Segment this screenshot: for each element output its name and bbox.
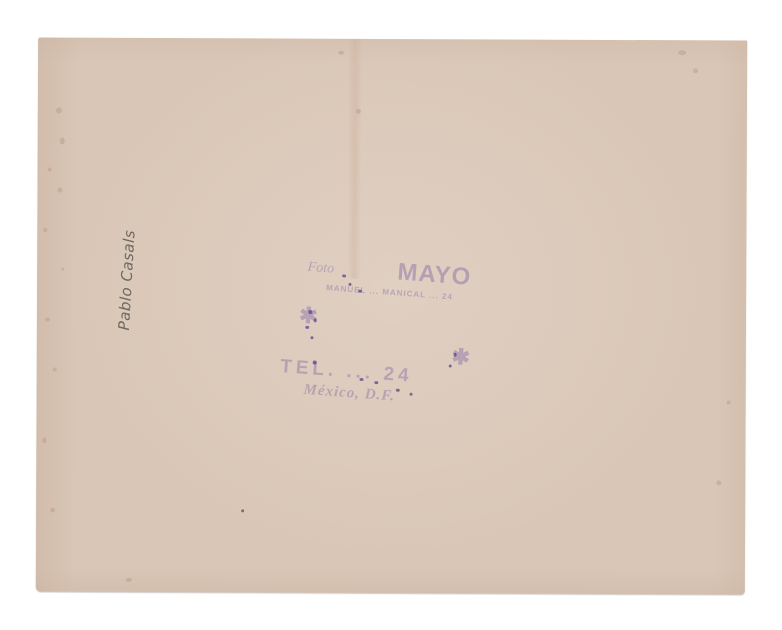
ink-blot — [342, 274, 346, 277]
foxing-spot — [42, 437, 46, 443]
foxing-spot — [60, 138, 65, 145]
foxing-spot — [338, 51, 344, 55]
foxing-spot — [241, 509, 244, 512]
ink-blot — [305, 326, 309, 329]
foxing-spot — [61, 268, 64, 271]
stamp-corner-ornament: ✱ — [450, 344, 470, 371]
ink-blot — [358, 290, 362, 293]
foxing-spot — [693, 68, 698, 73]
foxing-spot — [356, 109, 361, 114]
foxing-spot — [53, 368, 57, 372]
foxing-spot — [678, 50, 686, 55]
foxing-spot — [58, 188, 63, 193]
photo-card-back: Pablo Casals Foto MAYO MANUEL ... MANICA… — [36, 37, 747, 594]
foxing-spot — [45, 317, 50, 321]
foxing-spot — [50, 508, 55, 513]
foxing-spot — [56, 108, 62, 114]
photographer-stamp: Foto MAYO MANUEL ... MANICAL ... 24 ✱ ✱ … — [276, 256, 503, 441]
foxing-spot — [126, 578, 132, 582]
ink-blot — [310, 336, 313, 339]
handwritten-name: Pablo Casals — [115, 229, 139, 330]
stamp-line-1: Foto — [307, 260, 335, 278]
ink-blot — [396, 389, 400, 392]
foxing-spot — [716, 480, 721, 485]
stamp-brand: MAYO — [397, 258, 473, 291]
ink-blot — [409, 393, 412, 396]
foxing-spot — [43, 227, 47, 232]
foxing-spot — [48, 167, 52, 171]
paper-crease — [347, 39, 362, 279]
stamp-line-3: TEL. ... 24 — [279, 356, 413, 388]
foxing-spot — [727, 400, 731, 404]
